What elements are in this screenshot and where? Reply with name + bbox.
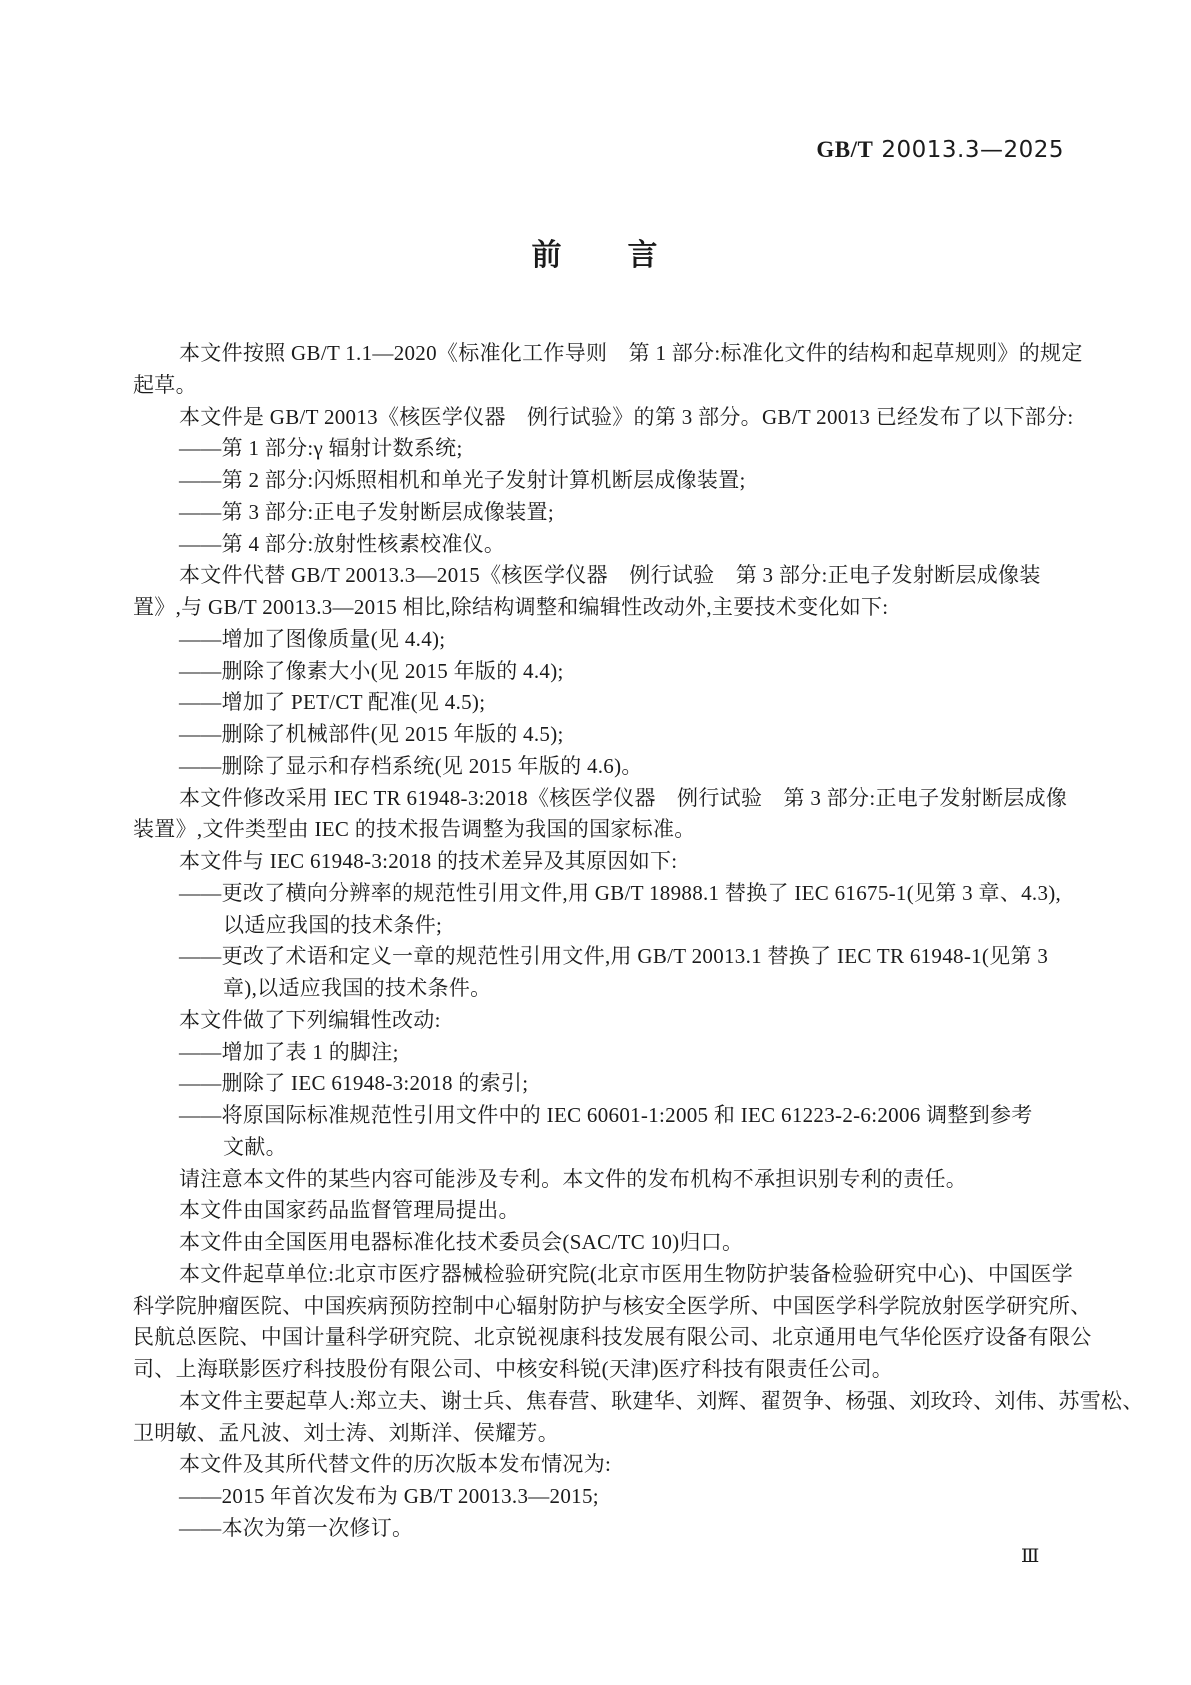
text-line: 置》,与 GB/T 20013.3—2015 相比,除结构调整和编辑性改动外,主… xyxy=(133,592,1071,624)
text-line: 本文件由全国医用电器标准化技术委员会(SAC/TC 10)归口。 xyxy=(133,1227,1071,1259)
text-line: 起草。 xyxy=(133,370,1071,402)
text-line: 本文件按照 GB/T 1.1—2020《标准化工作导则 第 1 部分:标准化文件… xyxy=(133,338,1071,370)
text-line: ——将原国际标准规范性引用文件中的 IEC 60601-1:2005 和 IEC… xyxy=(133,1100,1071,1132)
text-line: 民航总医院、中国计量科学研究院、北京锐视康科技发展有限公司、北京通用电气华伦医疗… xyxy=(133,1322,1071,1354)
text-line: 本文件是 GB/T 20013《核医学仪器 例行试验》的第 3 部分。GB/T … xyxy=(133,402,1071,434)
standard-prefix: GB/T xyxy=(816,137,873,162)
text-line: 本文件及其所代替文件的历次版本发布情况为: xyxy=(133,1449,1071,1481)
text-line: ——删除了 IEC 61948-3:2018 的索引; xyxy=(133,1068,1071,1100)
text-line: 卫明敏、孟凡波、刘士涛、刘斯洋、侯耀芳。 xyxy=(133,1418,1071,1450)
page-title: 前 言 xyxy=(0,230,1191,274)
text-line: 本文件主要起草人:郑立夫、谢士兵、焦春营、耿建华、刘辉、翟贺争、杨强、刘玫玲、刘… xyxy=(133,1386,1071,1418)
text-line: 以适应我国的技术条件; xyxy=(133,910,1071,942)
text-line: 本文件代替 GB/T 20013.3—2015《核医学仪器 例行试验 第 3 部… xyxy=(133,560,1071,592)
text-line: ——第 1 部分:γ 辐射计数系统; xyxy=(133,433,1071,465)
text-line: ——2015 年首次发布为 GB/T 20013.3—2015; xyxy=(133,1481,1071,1513)
text-line: 本文件起草单位:北京市医疗器械检验研究院(北京市医用生物防护装备检验研究中心)、… xyxy=(133,1259,1071,1291)
text-line: 本文件做了下列编辑性改动: xyxy=(133,1005,1071,1037)
text-line: 本文件由国家药品监督管理局提出。 xyxy=(133,1195,1071,1227)
text-line: 章),以适应我国的技术条件。 xyxy=(133,973,1071,1005)
text-line: 本文件与 IEC 61948-3:2018 的技术差异及其原因如下: xyxy=(133,846,1071,878)
text-line: 司、上海联影医疗科技股份有限公司、中核安科锐(天津)医疗科技有限责任公司。 xyxy=(133,1354,1071,1386)
text-line: 本文件修改采用 IEC TR 61948-3:2018《核医学仪器 例行试验 第… xyxy=(133,783,1071,815)
text-line: ——删除了像素大小(见 2015 年版的 4.4); xyxy=(133,656,1071,688)
standard-number: 20013.3—2025 xyxy=(881,137,1064,163)
foreword-body: 本文件按照 GB/T 1.1—2020《标准化工作导则 第 1 部分:标准化文件… xyxy=(133,338,1071,1545)
text-line: ——第 4 部分:放射性核素校准仪。 xyxy=(133,529,1071,561)
text-line: ——删除了机械部件(见 2015 年版的 4.5); xyxy=(133,719,1071,751)
text-line: ——更改了术语和定义一章的规范性引用文件,用 GB/T 20013.1 替换了 … xyxy=(133,941,1071,973)
text-line: ——第 2 部分:闪烁照相机和单光子发射计算机断层成像装置; xyxy=(133,465,1071,497)
text-line: ——删除了显示和存档系统(见 2015 年版的 4.6)。 xyxy=(133,751,1071,783)
text-line: ——第 3 部分:正电子发射断层成像装置; xyxy=(133,497,1071,529)
text-line: ——增加了表 1 的脚注; xyxy=(133,1037,1071,1069)
text-line: 装置》,文件类型由 IEC 的技术报告调整为我国的国家标准。 xyxy=(133,814,1071,846)
text-line: ——增加了 PET/CT 配准(见 4.5); xyxy=(133,687,1071,719)
text-line: ——增加了图像质量(见 4.4); xyxy=(133,624,1071,656)
page-number: Ⅲ xyxy=(1021,1545,1039,1568)
text-line: 请注意本文件的某些内容可能涉及专利。本文件的发布机构不承担识别专利的责任。 xyxy=(133,1164,1071,1196)
text-line: 科学院肿瘤医院、中国疾病预防控制中心辐射防护与核安全医学所、中国医学科学院放射医… xyxy=(133,1291,1071,1323)
page-header: GB/T20013.3—2025 xyxy=(816,137,1064,163)
text-line: ——本次为第一次修订。 xyxy=(133,1513,1071,1545)
text-line: 文献。 xyxy=(133,1132,1071,1164)
text-line: ——更改了横向分辨率的规范性引用文件,用 GB/T 18988.1 替换了 IE… xyxy=(133,878,1071,910)
